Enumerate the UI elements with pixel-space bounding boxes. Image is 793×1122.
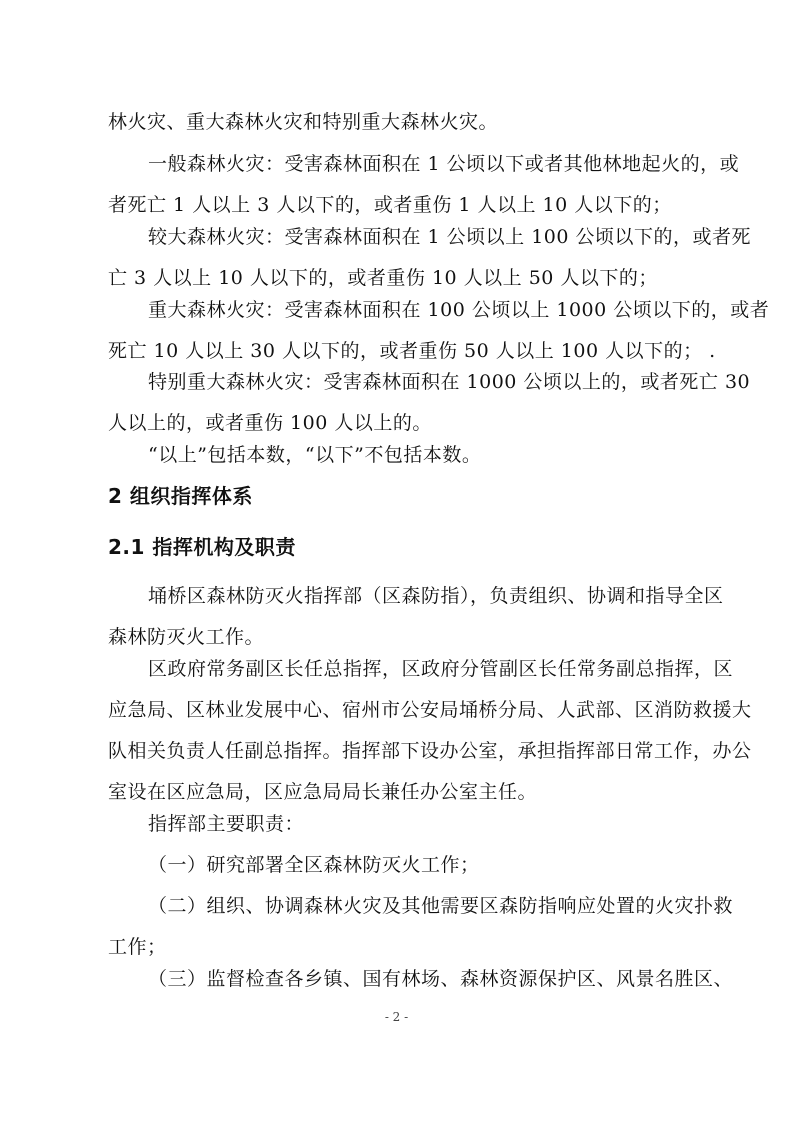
text-line: 指挥部主要职责： — [148, 812, 756, 836]
text-line: （二）组织、协调森林火灾及其他需要区森防指响应处置的火灾扑救 — [148, 894, 756, 918]
text-line: 森林防灭火工作。 — [108, 625, 716, 649]
text-line: 特别重大森林火灾：受害森林面积在 1000 公顷以上的，或者死亡 30 — [148, 370, 756, 394]
text-line: 工作； — [108, 935, 716, 959]
section-heading: 2 组织指挥体系 — [108, 484, 716, 508]
text-line: 者死亡 1 人以上 3 人以下的，或者重伤 1 人以上 10 人以下的； — [108, 193, 716, 217]
text-line: 一般森林火灾：受害森林面积在 1 公顷以下或者其他林地起火的，或 — [148, 152, 756, 176]
text-line: 较大森林火灾：受害森林面积在 1 公顷以上 100 公顷以下的，或者死 — [148, 225, 756, 249]
text-line: 死亡 10 人以上 30 人以下的，或者重伤 50 人以上 100 人以下的； … — [108, 339, 716, 363]
text-line: 队相关负责人任副总指挥。指挥部下设办公室，承担指挥部日常工作，办公 — [108, 739, 716, 763]
text-line: 亡 3 人以上 10 人以下的，或者重伤 10 人以上 50 人以下的； — [108, 266, 716, 290]
text-line: 重大森林火灾：受害森林面积在 100 公顷以上 1000 公顷以下的，或者 — [148, 298, 756, 322]
text-line: 室设在区应急局，区应急局局长兼任办公室主任。 — [108, 780, 716, 804]
page-number: - 2 - — [0, 1010, 793, 1024]
subsection-heading: 2.1 指挥机构及职责 — [108, 535, 716, 559]
document-page: 林火灾、重大森林火灾和特别重大森林火灾。一般森林火灾：受害森林面积在 1 公顷以… — [0, 0, 793, 1122]
text-line: （一）研究部署全区森林防灭火工作； — [148, 853, 756, 877]
text-line: 区政府常务副区长任总指挥，区政府分管副区长任常务副总指挥，区 — [148, 657, 756, 681]
text-line: （三）监督检查各乡镇、国有林场、森林资源保护区、风景名胜区、 — [148, 967, 756, 991]
text-line: 林火灾、重大森林火灾和特别重大森林火灾。 — [108, 110, 716, 134]
text-line: 埇桥区森林防灭火指挥部（区森防指），负责组织、协调和指导全区 — [148, 584, 756, 608]
text-line: 人以上的，或者重伤 100 人以上的。 — [108, 411, 716, 435]
text-line: 应急局、区林业发展中心、宿州市公安局埇桥分局、人武部、区消防救援大 — [108, 698, 716, 722]
text-line: “以上”包括本数，“以下”不包括本数。 — [148, 443, 756, 467]
